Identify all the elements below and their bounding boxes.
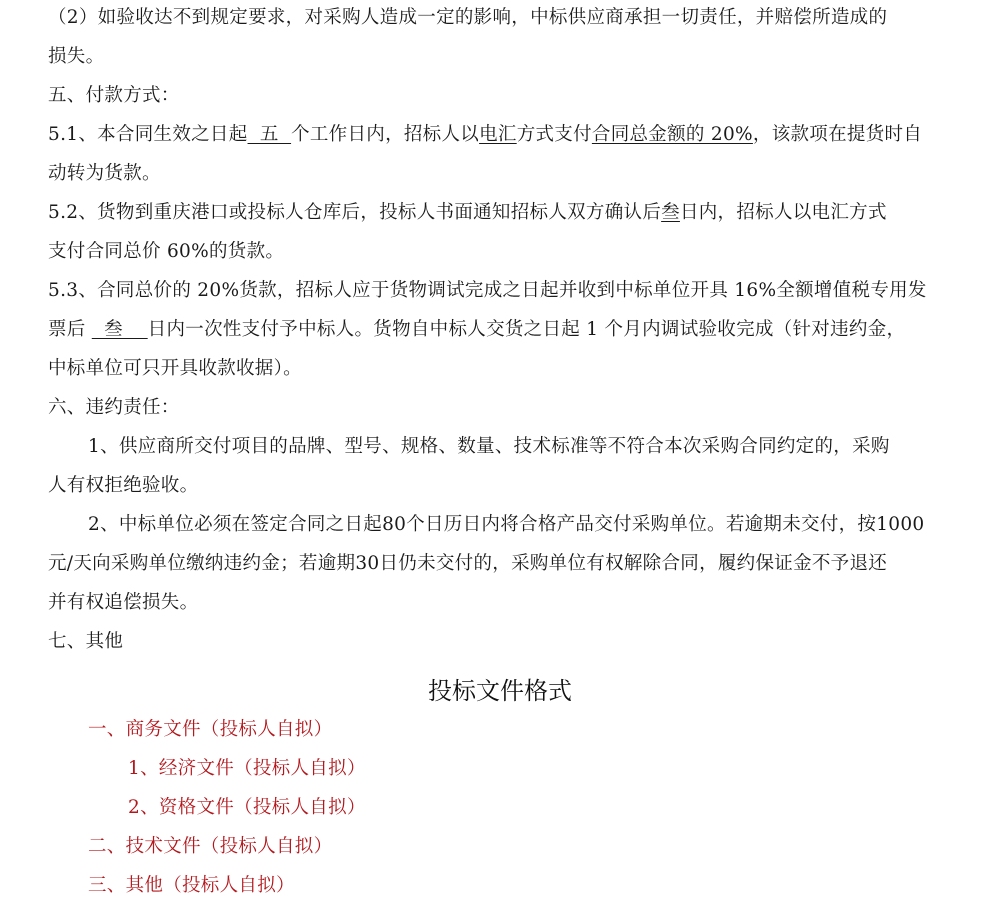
paragraph-2-line1: （2）如验收达不到规定要求，对采购人造成一定的影响，中标供应商承担一切责任，并赔…	[48, 6, 887, 30]
item-5-2-line1: 5.2、货物到重庆港口或投标人仓库后，投标人书面通知招标人双方确认后叁日内，招标…	[48, 201, 887, 225]
item-5-1-mid2: 方式支付	[517, 124, 592, 145]
item-5-1-days-blank: 五	[248, 124, 292, 145]
item-5-2-days: 叁	[661, 202, 680, 223]
item-6-1-line1: 1、供应商所交付项目的品牌、型号、规格、数量、技术标准等不符合本次采购合同约定的…	[88, 435, 890, 459]
item-5-1-amount: 合同总金额的 20%	[592, 124, 753, 145]
item-5-2-line2: 支付合同总价 60%的货款。	[48, 240, 284, 264]
item-5-3-line2-tail: 日内一次性支付予中标人。货物自中标人交货之日起 1 个月内调试验收完成（针对违约…	[148, 319, 906, 340]
bid-format-item-qualification: 2、资格文件（投标人自拟）	[128, 796, 366, 820]
item-5-3-line2: 票后 叁 日内一次性支付予中标人。货物自中标人交货之日起 1 个月内调试验收完成…	[48, 318, 905, 342]
bid-format-item-business: 一、商务文件（投标人自拟）	[88, 718, 332, 742]
item-5-3-line2-prefix: 票后	[48, 319, 92, 340]
item-5-1-method: 电汇	[479, 124, 517, 145]
item-5-1-line2: 动转为货款。	[48, 162, 161, 186]
item-5-1-line1: 5.1、本合同生效之日起 五 个工作日内，招标人以电汇方式支付合同总金额的 20…	[48, 123, 922, 147]
document-page: （2）如验收达不到规定要求，对采购人造成一定的影响，中标供应商承担一切责任，并赔…	[0, 0, 1000, 915]
item-6-1-line2: 人有权拒绝验收。	[48, 474, 198, 498]
item-6-2-line3: 并有权追偿损失。	[48, 591, 198, 615]
item-5-3-days-blank: 叁	[92, 319, 148, 340]
bid-format-item-economic: 1、经济文件（投标人自拟）	[128, 757, 366, 781]
section-5-heading: 五、付款方式：	[48, 84, 180, 108]
item-5-3-line3: 中标单位可只开具收款收据）。	[48, 357, 302, 381]
item-5-2-tail: 日内，招标人以电汇方式	[680, 202, 887, 223]
paragraph-2-line2: 损失。	[48, 45, 104, 69]
section-7-heading: 七、其他	[48, 630, 123, 654]
bid-format-item-other: 三、其他（投标人自拟）	[88, 874, 295, 898]
item-5-1-mid1: 个工作日内，招标人以	[291, 124, 479, 145]
item-6-2-line2: 元/天向采购单位缴纳违约金；若逾期30日仍未交付的，采购单位有权解除合同，履约保…	[48, 552, 887, 576]
section-6-heading: 六、违约责任：	[48, 396, 180, 420]
item-5-2-prefix: 5.2、货物到重庆港口或投标人仓库后，投标人书面通知招标人双方确认后	[48, 202, 661, 223]
item-6-2-line1: 2、中标单位必须在签定合同之日起80个日历日内将合格产品交付采购单位。若逾期未交…	[88, 513, 925, 537]
bid-format-item-technical: 二、技术文件（投标人自拟）	[88, 835, 332, 859]
item-5-1-tail: ，该款项在提货时自	[753, 124, 922, 145]
bid-format-title: 投标文件格式	[0, 676, 1000, 706]
item-5-1-prefix: 5.1、本合同生效之日起	[48, 124, 248, 145]
item-5-3-line1: 5.3、合同总价的 20%货款，招标人应于货物调试完成之日起并收到中标单位开具 …	[48, 279, 927, 303]
